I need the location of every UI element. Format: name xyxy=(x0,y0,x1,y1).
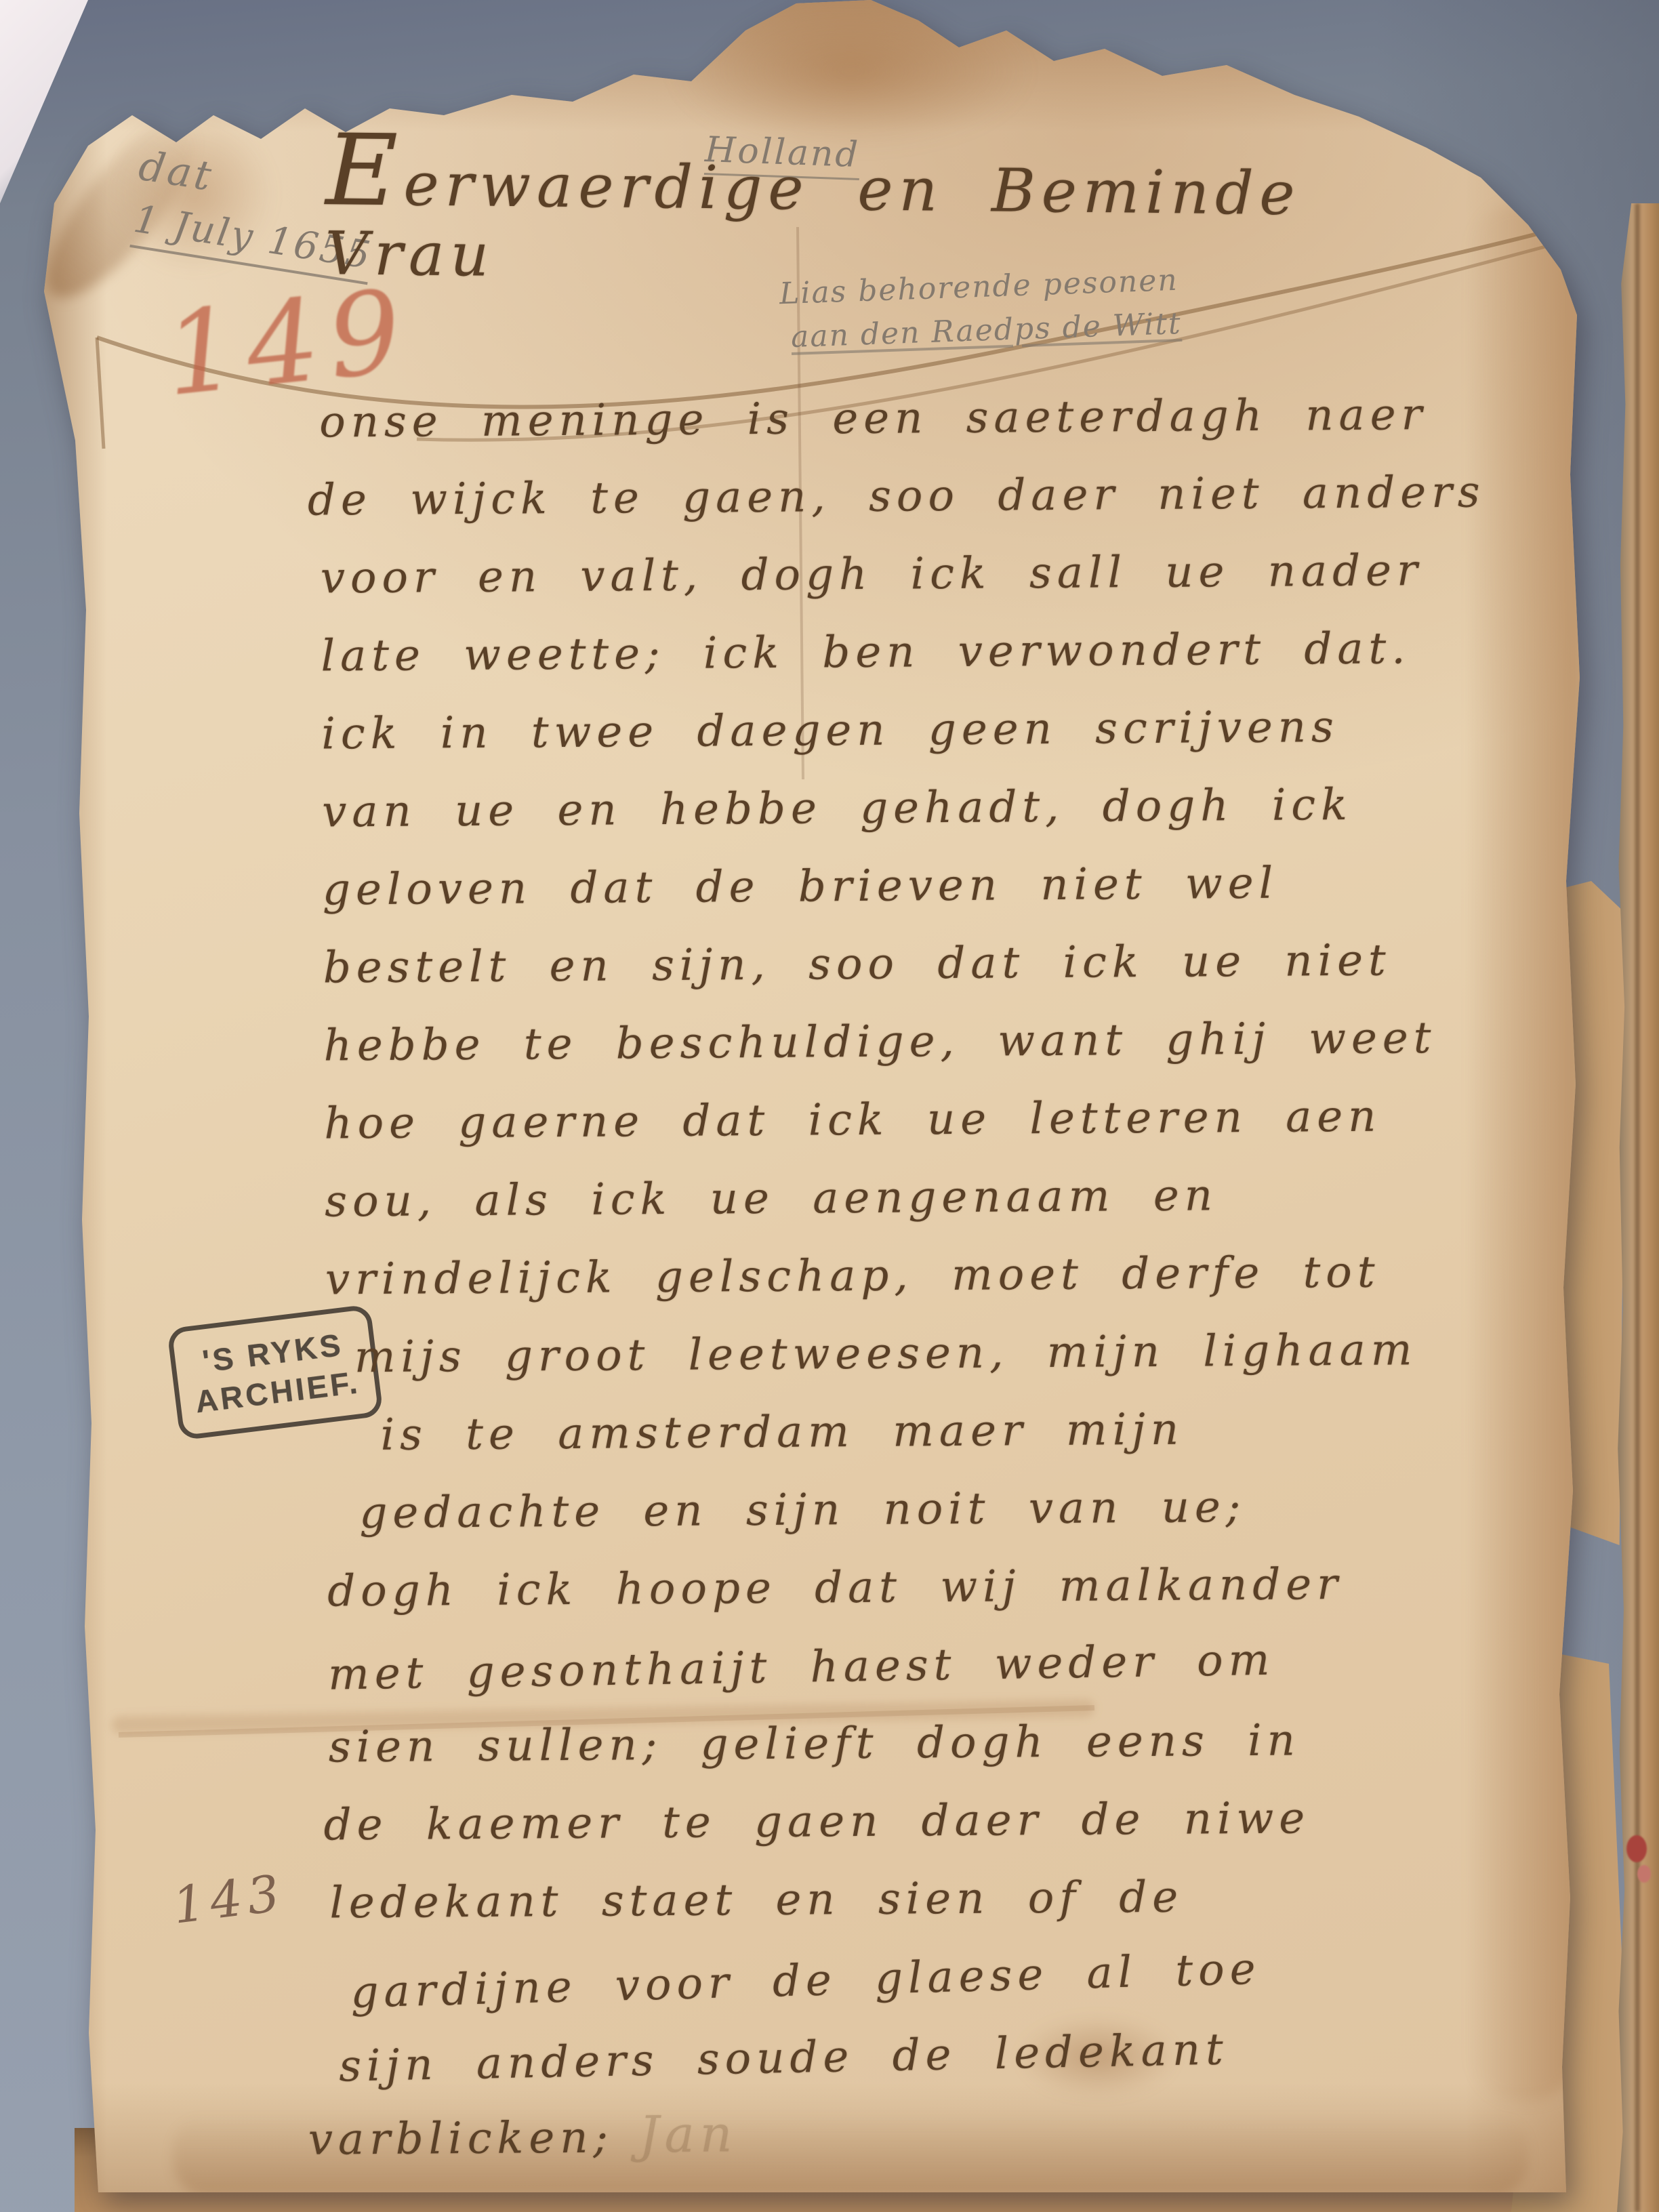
stack-shadow-streak xyxy=(1635,203,1640,2212)
letter-line: late weette; ick ben verwondert dat. xyxy=(321,609,1582,696)
letter-line: mijs groot leetweesen, mijn lighaam xyxy=(354,1311,1586,1397)
faded-signature-word: Jan xyxy=(639,2105,738,2164)
letter-line: sien sullen; gelieft dogh eens in xyxy=(328,1700,1589,1786)
letter-line: voor en valt, dogh ick sall ue nader xyxy=(320,531,1581,618)
letter-body: onse meninge is een saeterdagh naerde wi… xyxy=(319,375,1592,2177)
pencil-annotation-dat: dat xyxy=(136,142,217,201)
folio-number: 143 xyxy=(169,1864,287,1935)
letter-line: onse meninge is een saeterdagh naer xyxy=(319,375,1580,462)
letter-line: geloven dat de brieven niet wel xyxy=(323,843,1584,930)
letter-page: dat 1 July 1655 Holland Lias behorende p… xyxy=(37,0,1589,2192)
letter-line: de wijck te gaen, soo daer niet anders xyxy=(308,453,1581,540)
letter-line: ick in twee daegen geen scrijvens xyxy=(321,687,1582,774)
wax-seal-fragment xyxy=(1626,1835,1647,1862)
letter-line: is te amsterdam maer mijn xyxy=(380,1389,1587,1475)
letter-line: hoe gaerne dat ick ue letteren aen xyxy=(324,1077,1585,1164)
letter-line: dogh ick hoope dat wij malkander xyxy=(327,1544,1589,1631)
letter-line: vrindelijck gelschap, moet derfe tot xyxy=(325,1233,1586,1319)
letter-line: hebbe te beschuldige, want ghij weet xyxy=(323,999,1584,1086)
wax-seal-fragment xyxy=(1637,1865,1651,1883)
letter-line: gedachte en sijn noit van ue; xyxy=(359,1467,1588,1553)
pencil-archivist-note-line2: aan den Raedps de Witt xyxy=(790,306,1182,354)
letter-line: bestelt en sijn, soo dat ick ue niet xyxy=(323,921,1584,1008)
letter-line: met gesonthaijt haest weder om xyxy=(327,1616,1589,1714)
archive-photo: dat 1 July 1655 Holland Lias behorende p… xyxy=(0,0,1659,2212)
letter-line: sou, als ick ue aengenaam en xyxy=(325,1155,1586,1242)
letter-page-wrap: dat 1 July 1655 Holland Lias behorende p… xyxy=(37,0,1589,2192)
letter-line: de kaemer te gaen daer de niwe xyxy=(323,1778,1590,1864)
letter-salutation: Eerwaerdige en Beminde Vrau xyxy=(325,148,1478,300)
letter-line: van ue en hebbe gehadt, dogh ick xyxy=(322,765,1583,852)
